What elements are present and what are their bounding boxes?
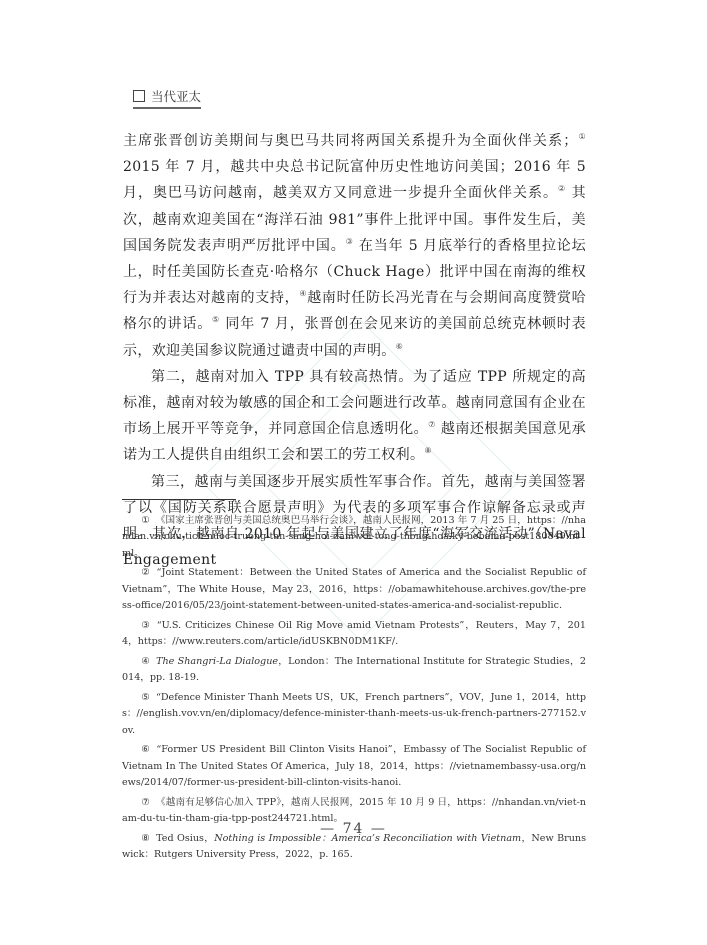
footnote-reference[interactable]: ⑤ — [212, 315, 220, 324]
footnote-text: “U.S. Criticizes Chinese Oil Rig Move am… — [122, 620, 586, 647]
footnote-item: ②“Joint Statement：Between the United Sta… — [122, 565, 586, 614]
footnote-reference[interactable]: ⑥ — [396, 342, 404, 351]
footnote-reference[interactable]: ⑦ — [428, 420, 436, 429]
footnote-item: ⑤“Defence Minister Thanh Meets US，UK，Fre… — [122, 690, 586, 739]
footnote-text: “Defence Minister Thanh Meets US，UK，Fren… — [122, 692, 586, 736]
footnote-item: ⑥“Former US President Bill Clinton Visit… — [122, 742, 586, 791]
footnote-item: ④The Shangri-La Dialogue，London：The Inte… — [122, 654, 586, 687]
footnote-item: ③“U.S. Criticizes Chinese Oil Rig Move a… — [122, 618, 586, 651]
footnote-divider — [122, 499, 236, 500]
text-segment: 主席张晋创访美期间与奥巴马共同将两国关系提升为全面伙伴关系； — [123, 133, 578, 149]
running-head: 当代亚太 — [133, 87, 201, 109]
footnotes: ①《国家主席张晋创与美国总统奥巴马举行会谈》，越南人民报网，2013 年 7 月… — [122, 513, 586, 867]
footnote-reference[interactable]: ① — [578, 132, 586, 141]
footnote-number: ④ — [141, 656, 150, 667]
footnote-text: 《越南有足够信心加入 TPP》，越南人民报网，2015 年 10 月 9 日，h… — [122, 797, 586, 824]
footnote-number: ⑦ — [141, 797, 150, 808]
body-text: 主席张晋创访美期间与奥巴马共同将两国关系提升为全面伙伴关系；① 2015 年 7… — [123, 128, 586, 573]
body-paragraph: 主席张晋创访美期间与奥巴马共同将两国关系提升为全面伙伴关系；① 2015 年 7… — [123, 128, 586, 364]
footnote-number: ⑤ — [141, 692, 150, 703]
footnote-number: ⑥ — [141, 744, 150, 755]
journal-title: 当代亚太 — [151, 87, 201, 105]
footnote-reference[interactable]: ⑧ — [424, 446, 432, 455]
footnote-text: “Joint Statement：Between the United Stat… — [122, 567, 586, 611]
square-box-icon — [133, 90, 145, 102]
footnote-reference[interactable]: ④ — [299, 289, 307, 298]
footnote-italic-title: The Shangri-La Dialogue — [156, 656, 278, 667]
footnote-number: ② — [141, 567, 150, 578]
footnote-reference[interactable]: ③ — [346, 237, 354, 246]
footnote-item: ①《国家主席张晋创与美国总统奥巴马举行会谈》，越南人民报网，2013 年 7 月… — [122, 513, 586, 562]
footnote-text: “Former US President Bill Clinton Visits… — [122, 744, 586, 788]
footnote-number: ③ — [141, 620, 151, 631]
text-segment: 2015 年 7 月，越共中央总书记阮富仲历史性地访问美国；2016 年 5 月… — [123, 159, 586, 201]
footnote-text: 《国家主席张晋创与美国总统奥巴马举行会谈》，越南人民报网，2013 年 7 月 … — [122, 515, 586, 559]
body-paragraph: 第二，越南对加入 TPP 具有较高热情。为了适应 TPP 所规定的高标准，越南对… — [123, 364, 586, 469]
footnote-reference[interactable]: ② — [558, 184, 566, 193]
footnote-number: ① — [141, 515, 150, 526]
page-number: — 74 — — [0, 821, 707, 837]
